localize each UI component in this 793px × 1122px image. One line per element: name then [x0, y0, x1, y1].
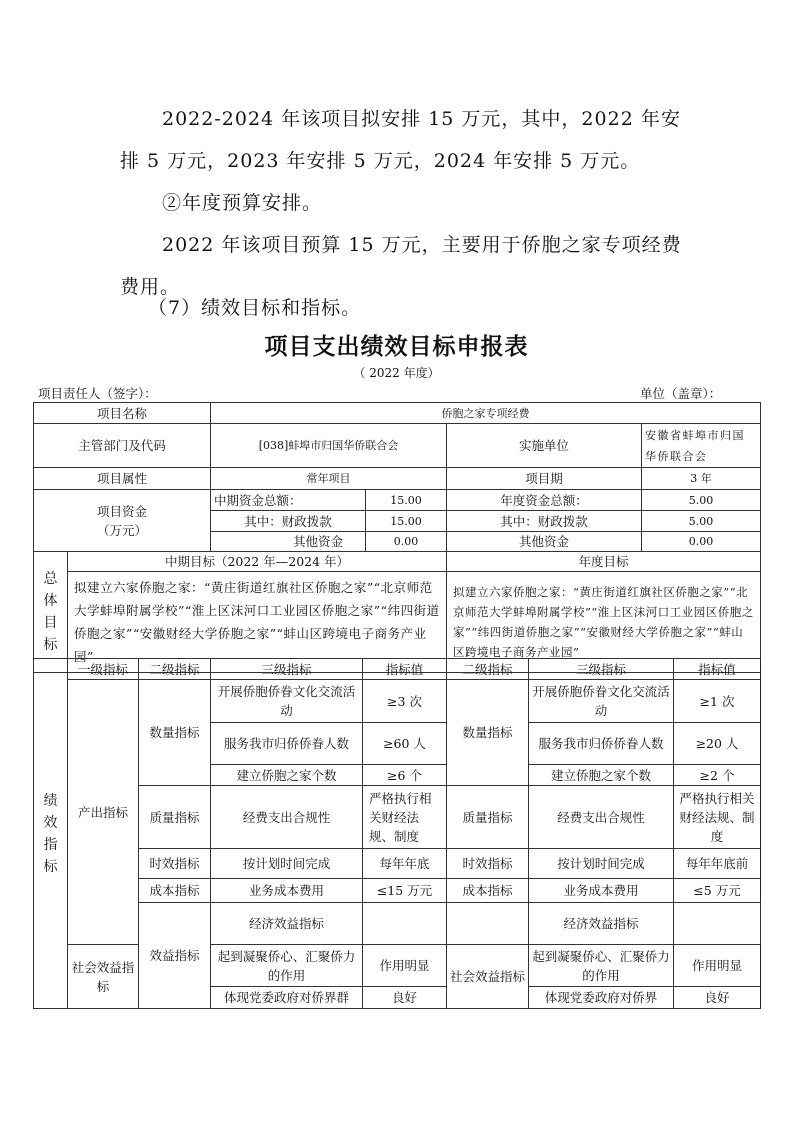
table-row: 效益指标 经济效益指标 经济效益指标 [34, 903, 761, 945]
mid-q2-value: ≥60 人 [363, 723, 447, 765]
mid-time-value: 每年年底 [363, 849, 447, 879]
mid-total-label: 中期资金总额： [211, 490, 366, 511]
annual-budget-heading: ②年度预算安排。 [120, 182, 690, 224]
year-s1-name: 起到凝聚侨心、汇聚侨力的作用 [529, 945, 674, 987]
mid-other-label: 其他资金 [211, 532, 366, 552]
year-fiscal-value: 5.00 [642, 511, 761, 532]
econ-indicator-label: 经济效益指标 [211, 903, 363, 945]
header-level3-annual: 三级指标 [529, 659, 674, 680]
mid-q3-name: 建立侨胞之家个数 [211, 765, 363, 786]
performance-heading: （7）绩效目标和指标。 [120, 287, 690, 329]
header-value: 指标值 [363, 659, 447, 680]
year-econ-name [674, 903, 761, 945]
responsible-person-label: 项目责任人（签字）： [38, 384, 157, 402]
cost-indicator-label-annual: 成本指标 [447, 879, 529, 903]
table-row: 质量指标 经费支出合规性 严格执行相关财经法规、制度 质量指标 经费支出合规性 … [34, 786, 761, 849]
year-q1-value: ≥1 次 [674, 680, 761, 723]
year-quality-value: 严格执行相关财经法规、制度 [674, 786, 761, 849]
year-q3-name: 建立侨胞之家个数 [529, 765, 674, 786]
side-char: 效 [37, 812, 64, 834]
overall-goals-side-label: 总 体 目 标 [34, 552, 68, 673]
quality-indicator-label: 质量指标 [139, 786, 211, 849]
mid-term-goal-header: 中期目标（2022 年—2024 年） [68, 552, 447, 572]
mid-q1-name: 开展侨胞侨眷文化交流活动 [211, 680, 363, 723]
dept-value: [038]蚌埠市归国华侨联合会 [211, 424, 447, 468]
cost-indicator-label: 成本指标 [139, 879, 211, 903]
quantity-indicator-label: 数量指标 [139, 680, 211, 786]
mid-time-name: 按计划时间完成 [211, 849, 363, 879]
mid-q1-value: ≥3 次 [363, 680, 447, 723]
econ-indicator-label-annual: 经济效益指标 [529, 903, 674, 945]
project-name-label: 项目名称 [34, 403, 211, 424]
table-row: 产出指标 数量指标 开展侨胞侨眷文化交流活动 ≥3 次 数量指标 开展侨胞侨眷文… [34, 680, 761, 723]
table-row: 项目名称 侨胞之家专项经费 [34, 403, 761, 424]
social-indicator-label-annual: 社会效益指标 [447, 945, 529, 1009]
header-value-annual: 指标值 [674, 659, 761, 680]
timeliness-indicator-label: 时效指标 [139, 849, 211, 879]
year-quality-name: 经费支出合规性 [529, 786, 674, 849]
social-indicator-label: 社会效益指标 [68, 945, 139, 1009]
period-label: 项目期 [447, 468, 642, 490]
impl-unit-label: 实施单位 [447, 424, 642, 468]
year-fiscal-label: 其中：财政拨款 [447, 511, 642, 532]
year-other-label: 其他资金 [447, 532, 642, 552]
table-row: 项目资金 （万元） 中期资金总额： 15.00 年度资金总额： 5.00 [34, 490, 761, 511]
fund-unit-text: （万元） [37, 521, 207, 540]
mid-q3-value: ≥6 个 [363, 765, 447, 786]
mid-quality-name: 经费支出合规性 [211, 786, 363, 849]
mid-quality-value: 严格执行相关财经法规、制度 [363, 786, 447, 849]
header-level2: 二级指标 [139, 659, 211, 680]
mid-other-value: 0.00 [366, 532, 447, 552]
side-char: 指 [37, 834, 64, 856]
benefit-indicator-label: 效益指标 [139, 903, 211, 1009]
year-q1-name: 开展侨胞侨眷文化交流活动 [529, 680, 674, 723]
mid-cost-value: ≤15 万元 [363, 879, 447, 903]
year-s2-name: 体现党委政府对侨界 [529, 987, 674, 1009]
year-time-value: 每年年底前 [674, 849, 761, 879]
table-row: 总 体 目 标 中期目标（2022 年—2024 年） 年度目标 [34, 552, 761, 572]
quality-indicator-label-annual: 质量指标 [447, 786, 529, 849]
year-s2-value: 良好 [674, 987, 761, 1009]
fund-label: 项目资金 （万元） [34, 490, 211, 552]
table-row: 项目属性 常年项目 项目期 3 年 [34, 468, 761, 490]
table-row: 绩 效 指 标 一级指标 二级指标 三级指标 指标值 二级指标 三级指标 指标值 [34, 659, 761, 680]
output-indicator-label: 产出指标 [68, 680, 139, 945]
year-time-name: 按计划时间完成 [529, 849, 674, 879]
side-char: 标 [37, 856, 64, 878]
form-title: 项目支出绩效目标申报表 [0, 328, 793, 361]
mid-econ-value [447, 903, 529, 945]
table-row: 时效指标 按计划时间完成 每年年底 时效指标 按计划时间完成 每年年底前 [34, 849, 761, 879]
attr-label: 项目属性 [34, 468, 211, 490]
header-level3: 三级指标 [211, 659, 363, 680]
mid-total-value: 15.00 [366, 490, 447, 511]
side-char: 绩 [37, 790, 64, 812]
mid-s2-value: 良好 [363, 987, 447, 1009]
mid-econ-name [363, 903, 447, 945]
year-cost-name: 业务成本费用 [529, 879, 674, 903]
mid-s1-name: 起到凝聚侨心、汇聚侨力的作用 [211, 945, 363, 987]
header-level2-annual: 二级指标 [447, 659, 529, 680]
budget-paragraph: 2022-2024 年该项目拟安排 15 万元，其中，2022 年安排 5 万元… [120, 98, 690, 182]
mid-fiscal-value: 15.00 [366, 511, 447, 532]
year-total-label: 年度资金总额： [447, 490, 642, 511]
side-char: 体 [37, 590, 64, 612]
overall-goals-table: 总 体 目 标 中期目标（2022 年—2024 年） 年度目标 拟建立六家侨胞… [33, 551, 761, 673]
basic-info-table: 项目名称 侨胞之家专项经费 主管部门及代码 [038]蚌埠市归国华侨联合会 实施… [33, 402, 761, 552]
year-s1-value: 作用明显 [674, 945, 761, 987]
year-q2-value: ≥20 人 [674, 723, 761, 765]
table-row: 主管部门及代码 [038]蚌埠市归国华侨联合会 实施单位 安徽省蚌埠市归国华侨联… [34, 424, 761, 468]
year-q3-value: ≥2 个 [674, 765, 761, 786]
indicators-side-label: 绩 效 指 标 [34, 659, 68, 1009]
timeliness-indicator-label-annual: 时效指标 [447, 849, 529, 879]
impl-unit-value: 安徽省蚌埠市归国华侨联合会 [642, 424, 761, 468]
mid-s2-name: 体现党委政府对侨界群 [211, 987, 363, 1009]
mid-s1-value: 作用明显 [363, 945, 447, 987]
year-q2-name: 服务我市归侨侨眷人数 [529, 723, 674, 765]
quantity-indicator-label-annual: 数量指标 [447, 680, 529, 786]
year-other-value: 0.00 [642, 532, 761, 552]
dept-label: 主管部门及代码 [34, 424, 211, 468]
attr-value: 常年项目 [211, 468, 447, 490]
fund-label-text: 项目资金 [37, 502, 207, 521]
indicators-table: 绩 效 指 标 一级指标 二级指标 三级指标 指标值 二级指标 三级指标 指标值… [33, 658, 761, 1009]
mid-fiscal-label: 其中：财政拨款 [211, 511, 366, 532]
year-total-value: 5.00 [642, 490, 761, 511]
project-name-value: 侨胞之家专项经费 [211, 403, 761, 424]
side-char: 目 [37, 612, 64, 634]
header-level1: 一级指标 [68, 659, 139, 680]
mid-cost-name: 业务成本费用 [211, 879, 363, 903]
year-cost-value: ≤5 万元 [674, 879, 761, 903]
period-value: 3 年 [642, 468, 761, 490]
side-char: 标 [37, 634, 64, 656]
mid-q2-name: 服务我市归侨侨眷人数 [211, 723, 363, 765]
form-year: （ 2022 年度） [0, 364, 793, 381]
side-char: 总 [37, 568, 64, 590]
annual-goal-header: 年度目标 [447, 552, 761, 572]
table-row: 成本指标 业务成本费用 ≤15 万元 成本指标 业务成本费用 ≤5 万元 [34, 879, 761, 903]
unit-seal-label: 单位（盖章）： [640, 384, 721, 402]
